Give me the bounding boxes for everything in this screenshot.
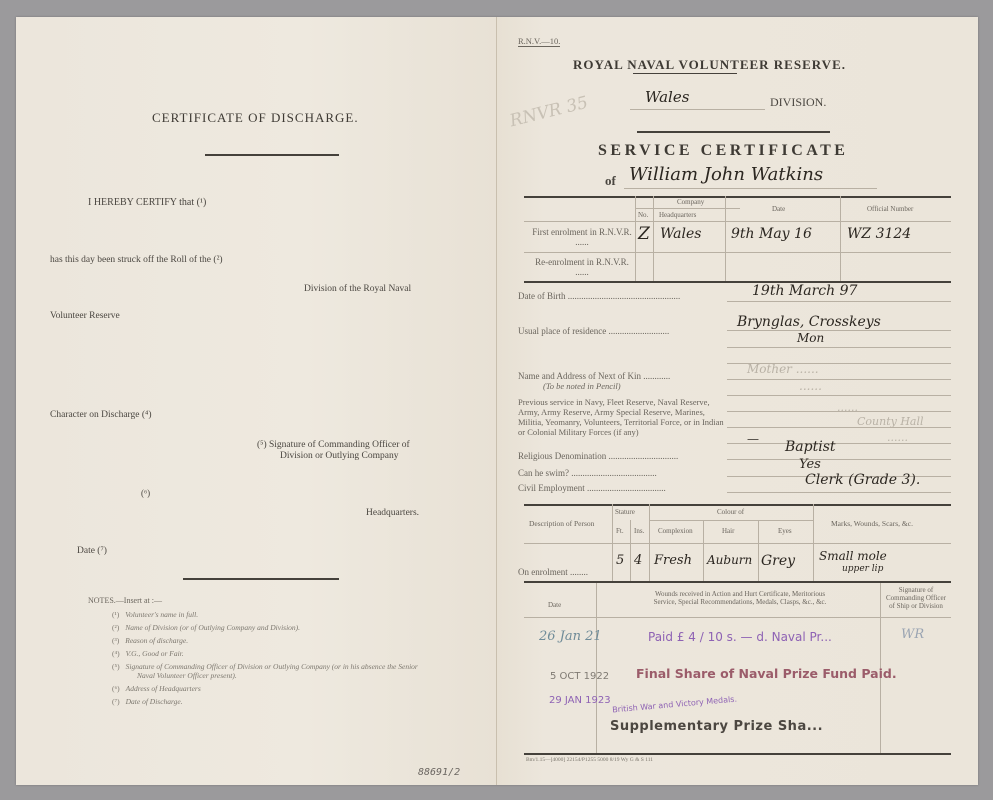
stature-header: Stature [615,508,635,516]
signature-header: Signature of Commanding Officer of Ship … [883,586,949,610]
colour-of-header: Colour of [717,508,744,516]
catalogue-number: 88691/2 [418,767,460,778]
date-header: Date [548,601,561,609]
certify-text: I HEREBY CERTIFY that (¹) [88,197,206,208]
form-code: R.N.V.—10. [518,36,560,47]
stamp-final-share: Final Share of Naval Prize Fund Paid. [636,666,897,681]
certificate-of-discharge-page: CERTIFICATE OF DISCHARGE. I HEREBY CERTI… [16,17,496,785]
row-divider [649,520,813,521]
col-divider [840,196,841,282]
record-date-3: 29 JAN 1923 [549,695,611,706]
headquarters-label: Headquarters. [366,508,419,518]
of-label: of [605,173,616,189]
residence-label: Usual place of residence ...............… [518,326,669,336]
note-6: (⁶)Address of Headquarters [112,684,201,693]
row-divider [524,617,951,618]
division-underline [630,109,765,110]
next-of-kin-note: (To be noted in Pencil) [543,381,621,391]
stature-ins-value: 4 [634,553,642,568]
row-divider [524,221,951,222]
col-eyes: Eyes [778,527,792,535]
table-bottom-rule [524,281,951,283]
note-3: (³)Reason of discharge. [112,636,188,645]
civil-employment-value: Clerk (Grade 3). [805,472,920,488]
religion-value: Baptist [785,439,836,455]
print-footer: Bm/1.15—[4000] 22154/P1255 5000 8/19 Wy … [526,757,653,763]
col-divider [758,520,759,582]
ruled-line [727,330,951,331]
service-certificate-page: R.N.V.—10. ROYAL NAVAL VOLUNTEER RESERVE… [497,17,978,785]
record-date-2: 5 OCT 1922 [550,671,609,682]
ruled-line [727,492,951,493]
first-enrolment-headquarters: Wales [660,226,701,242]
date-of-birth-label: Date of Birth ..........................… [518,291,738,301]
first-enrolment-no: Z [638,224,650,244]
org-underline [633,73,737,74]
first-enrolment-label: First enrolment in R.N.V.R. ...... [532,227,632,247]
character-on-discharge-label: Character on Discharge (⁴) [50,410,152,420]
pencil-margin-note: RNVR 35 [508,93,590,132]
col-ft: Ft. [616,527,624,535]
hair-value: Auburn [707,553,752,567]
marker-6: (⁶) [141,488,150,498]
note-5: (⁵)Signature of Commanding Officer of Di… [112,662,418,671]
description-bottom-rule [524,581,951,583]
col-divider [596,583,597,753]
ruled-line [727,379,951,380]
ruled-line [727,363,951,364]
col-divider [630,520,631,582]
stamp-medals: British War and Victory Medals. [612,695,737,715]
stamp-supplementary-prize: Supplementary Prize Sha... [610,719,823,734]
name-underline [624,188,877,189]
first-enrolment-date: 9th May 16 [731,226,812,242]
previous-service-pencil-1: ...... [837,401,858,414]
note-4: (⁴)V.G., Good or Fair. [112,649,184,658]
note-1: (¹)Volunteer's name in full. [112,610,198,619]
signature-line [183,578,339,580]
complexion-value: Fresh [654,553,692,568]
note-2: (²)Name of Division (or of Outlying Comp… [112,623,300,632]
division-of-text: Division of the Royal Naval [304,284,411,294]
next-of-kin-label: Name and Address of Next of Kin ........… [518,371,670,381]
note-5-continued: Naval Volunteer Officer present). [137,671,237,680]
marks-line2: upper lip [842,564,883,574]
document-sheet: CERTIFICATE OF DISCHARGE. I HEREBY CERTI… [16,17,978,785]
division-value: Wales [645,88,689,106]
col-no: No. [638,211,648,219]
date-label: Date (⁷) [77,546,107,556]
record-signature-1: WR [901,627,924,642]
record-bottom-rule [524,753,951,755]
marks-header: Marks, Wounds, Scars, &c. [831,519,913,528]
division-label: DIVISION. [770,95,826,110]
col-complexion: Complexion [658,527,693,535]
row-divider [524,543,951,544]
eyes-value: Grey [761,553,795,569]
col-official-number: Official Number [867,205,913,213]
volunteer-reserve-text: Volunteer Reserve [50,311,120,321]
ruled-line [727,459,951,460]
record-date-1: 26 Jan 21 [539,629,602,644]
row-divider [635,208,740,209]
next-of-kin-pencil-1: Mother ...... [747,362,819,376]
religion-label: Religious Denomination .................… [518,451,678,461]
company-header: Company [677,198,704,206]
stamp-paid-prize: Paid £ 4 / 10 s. — d. Naval Pr... [648,630,832,644]
residence-line2: Mon [797,331,824,345]
wounds-header: Wounds received in Action and Hurt Certi… [643,590,837,606]
table-top-rule [524,196,951,198]
next-of-kin-pencil-2: ...... [799,379,822,393]
row-divider [524,252,951,253]
discharge-title: CERTIFICATE OF DISCHARGE. [152,110,359,126]
re-enrolment-label: Re-enrolment in R.N.V.R. ...... [532,257,632,277]
swim-value: Yes [799,457,821,472]
col-divider [703,520,704,582]
residence-line1: Brynglas, Crosskeys [737,314,881,330]
ruled-line [727,395,951,396]
on-enrolment-label: On enrolment ........ [518,567,588,577]
description-top-rule [524,504,951,506]
col-ins: Ins. [634,527,644,535]
description-of-person-header: Description of Person [529,519,594,528]
title-underline [205,154,339,156]
previous-service-label: Previous service in Navy, Fleet Reserve,… [518,397,728,437]
certificate-title: SERVICE CERTIFICATE [598,142,848,160]
col-hair: Hair [722,527,734,535]
first-enrolment-official-number: WZ 3124 [847,226,911,242]
signature-label-line1: (⁵) Signature of Commanding Officer of [257,440,410,450]
col-date: Date [772,205,785,213]
struck-off-text: has this day been struck off the Roll of… [50,255,223,265]
organisation-title: ROYAL NAVAL VOLUNTEER RESERVE. [573,57,846,73]
civil-employment-label: Civil Employment .......................… [518,483,666,493]
marks-line1: Small mole [819,549,887,563]
notes-heading: NOTES.—Insert at :— [88,596,162,605]
ruled-line [727,301,951,302]
col-headquarters: Headquarters [659,211,696,219]
note-7: (⁷)Date of Discharge. [112,697,183,706]
signature-label-line2: Division or Outlying Company [280,451,399,461]
holder-name: William John Watkins [629,164,823,185]
ruled-line [727,347,951,348]
stature-ft-value: 5 [616,553,624,568]
ruled-line [727,443,951,444]
ruled-line [727,427,951,428]
section-divider [637,131,830,133]
ruled-line [727,411,951,412]
date-of-birth-value: 19th March 97 [752,283,857,299]
swim-label: Can he swim? ...........................… [518,468,657,478]
